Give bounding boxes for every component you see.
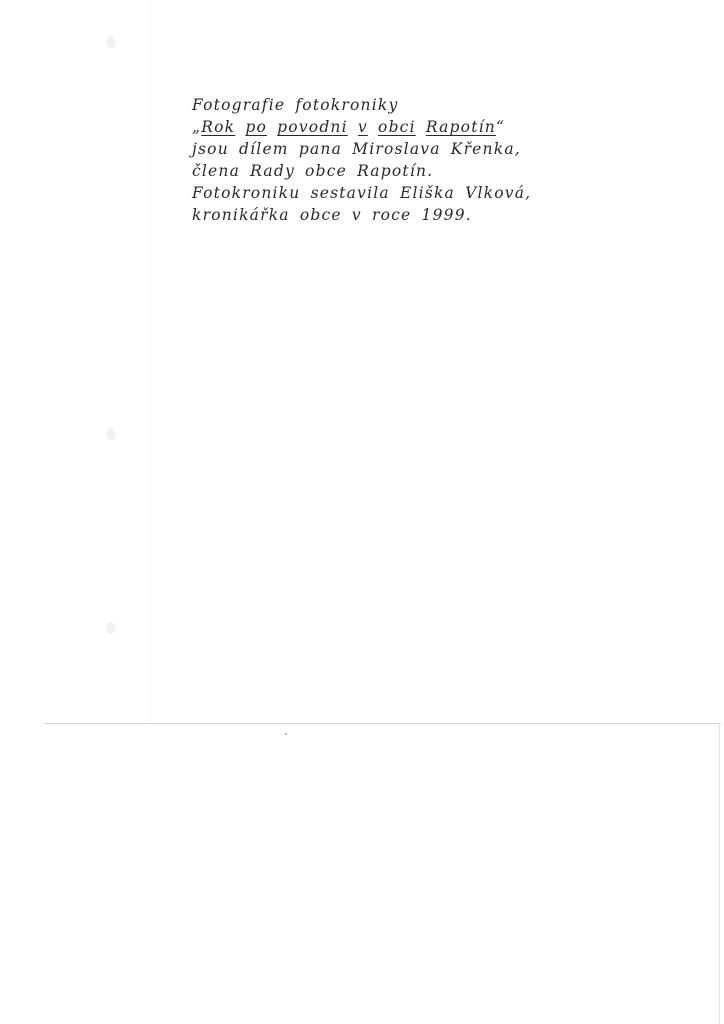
title-word: po xyxy=(245,118,267,136)
note-line-1: Fotografie fotokroniky xyxy=(192,94,632,116)
handwritten-note: Fotografie fotokroniky „Rok po povodni v… xyxy=(192,94,632,226)
close-quote: “ xyxy=(496,118,505,136)
title-word: povodni xyxy=(277,118,348,136)
note-line-6: kronikářka obce v roce 1999. xyxy=(192,204,632,226)
note-line-4: člena Rady obce Rapotín. xyxy=(192,160,632,182)
scan-speck xyxy=(285,733,287,735)
title-word: obci xyxy=(378,118,416,136)
title-word: Rapotín xyxy=(426,118,496,136)
note-line-5: Fotokroniku sestavila Eliška Vlková, xyxy=(192,182,632,204)
note-line-3: jsou dílem pana Miroslava Křenka, xyxy=(192,138,632,160)
page-right-edge xyxy=(719,724,720,1024)
punch-hole xyxy=(106,36,116,48)
open-quote: „ xyxy=(192,118,201,136)
title-word: v xyxy=(358,118,368,136)
page-edge-line xyxy=(45,723,721,724)
punch-hole xyxy=(106,622,116,634)
page-shadow xyxy=(150,0,151,722)
punch-hole xyxy=(106,428,116,440)
scanned-page: Fotografie fotokroniky „Rok po povodni v… xyxy=(0,0,724,1024)
note-line-2-title: „Rok po povodni v obci Rapotín“ xyxy=(192,116,632,138)
title-word: Rok xyxy=(201,118,235,136)
